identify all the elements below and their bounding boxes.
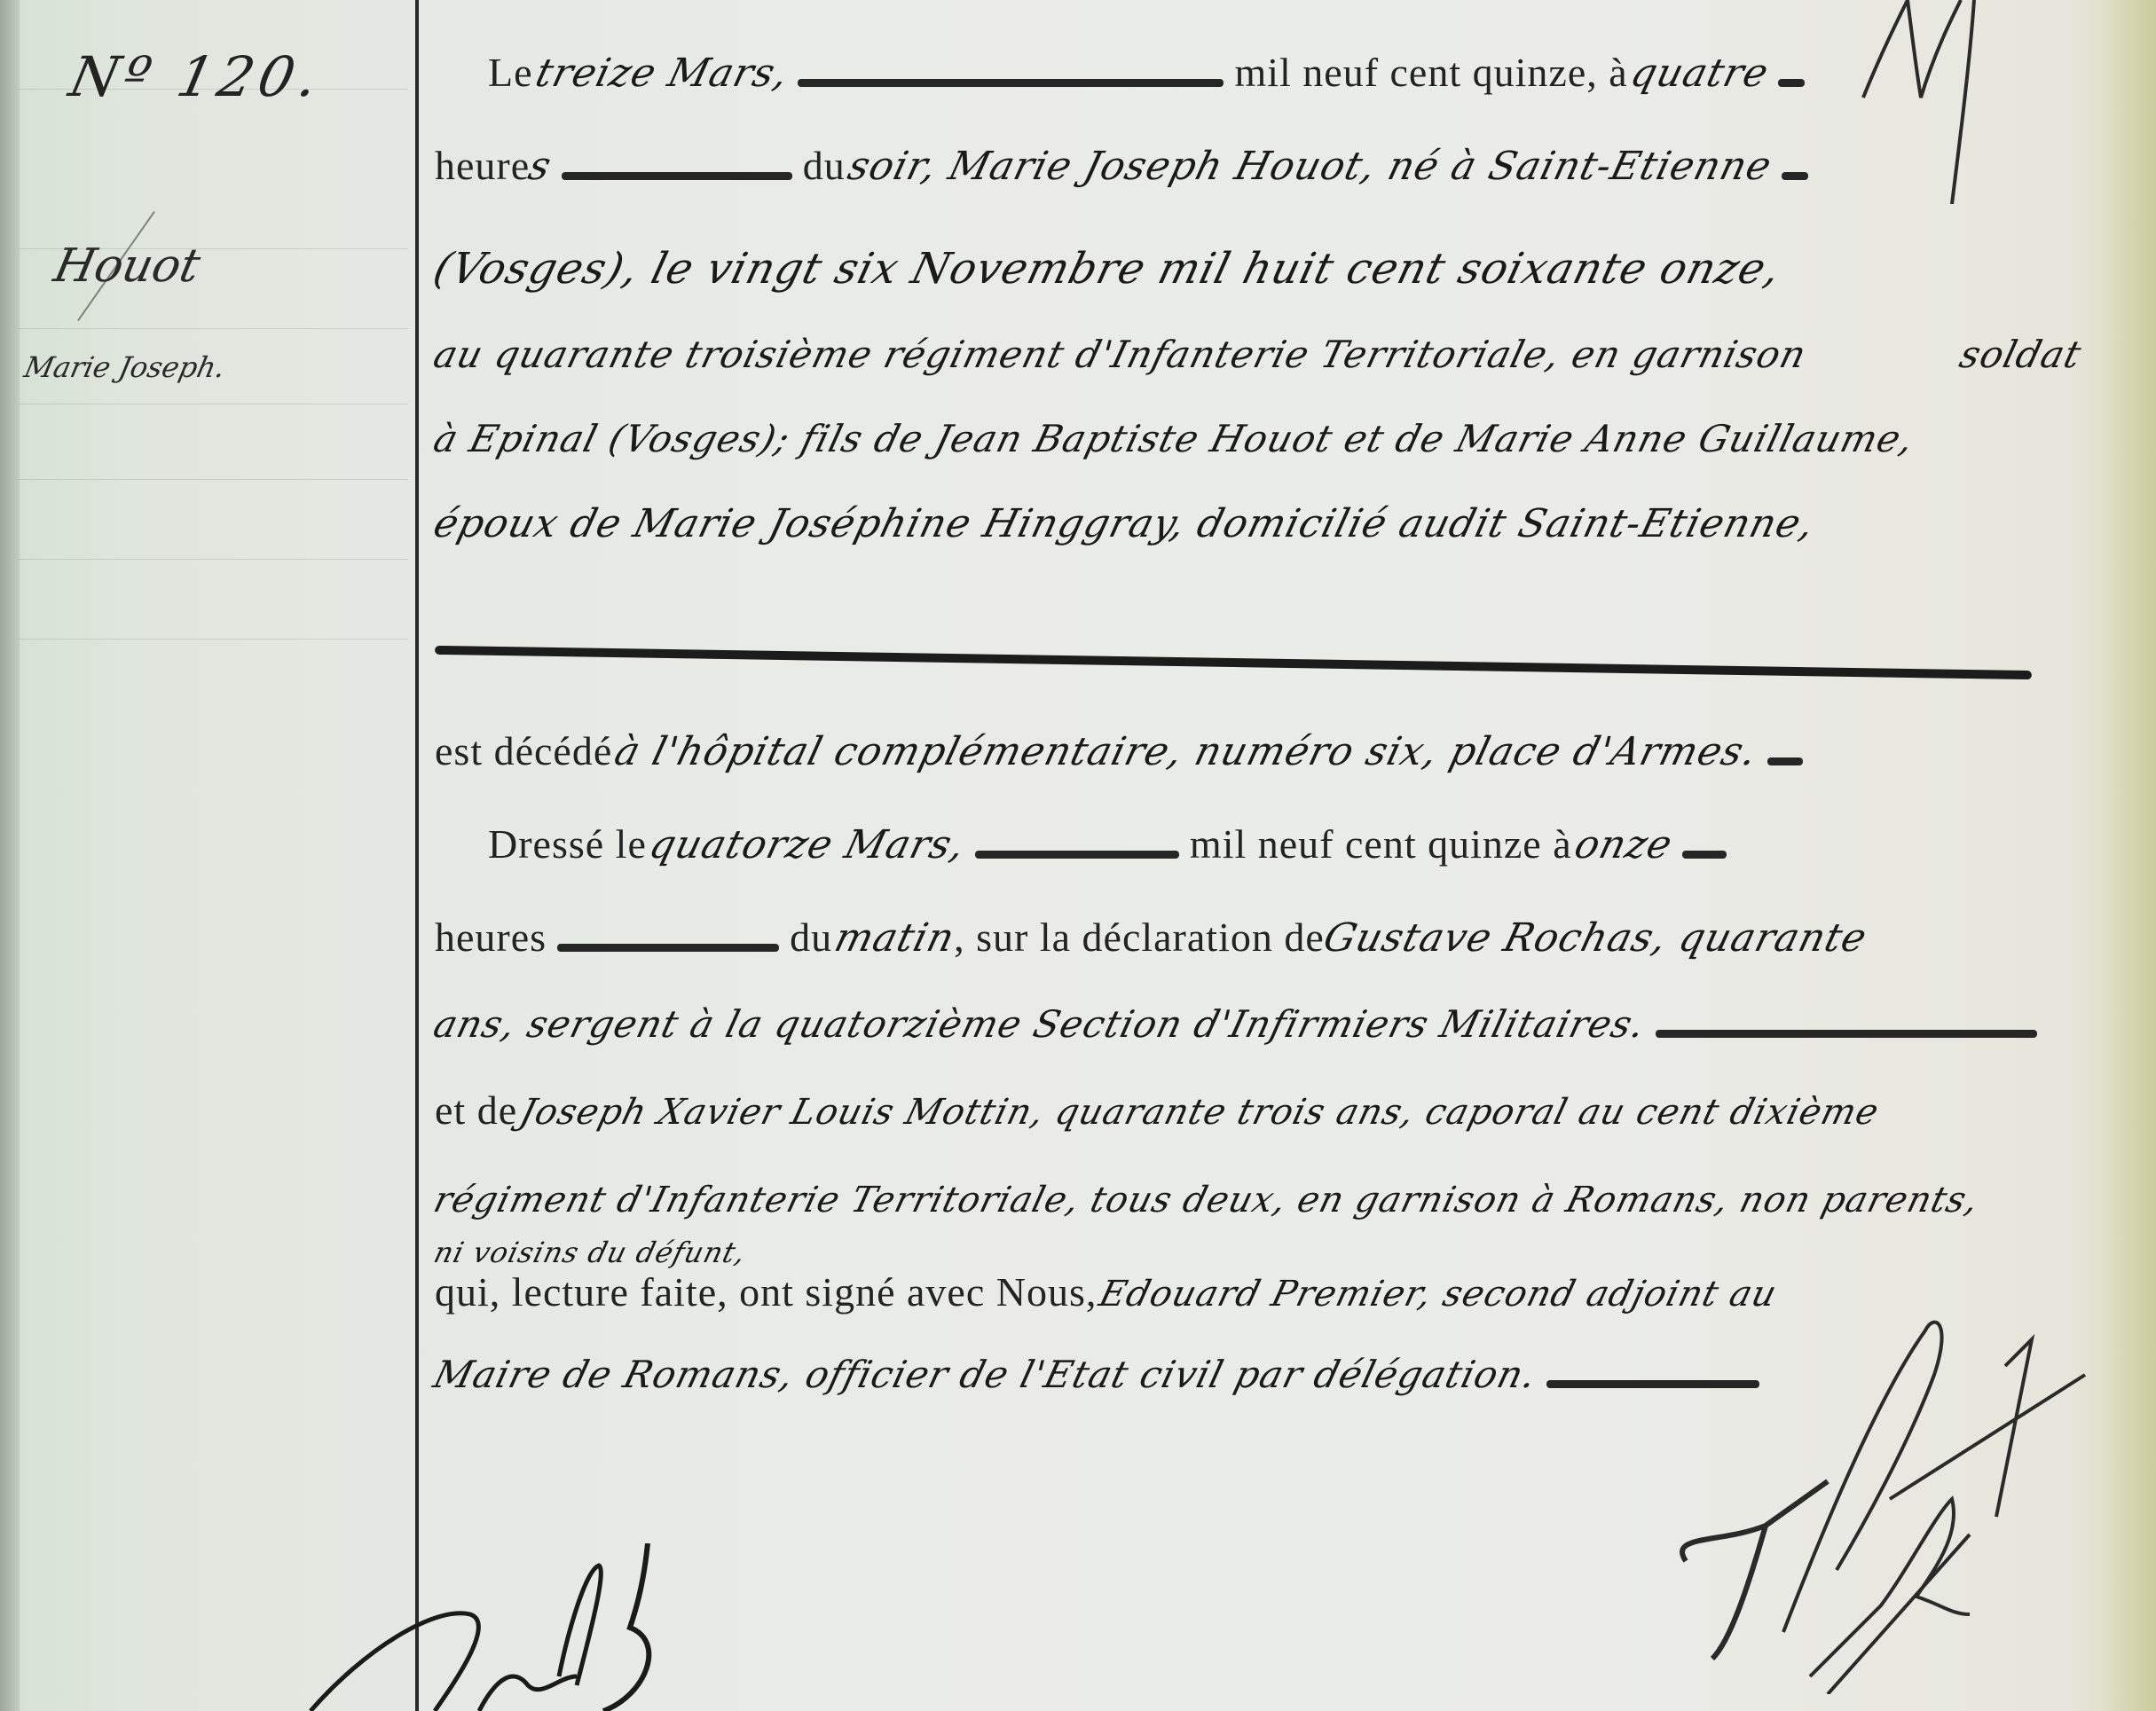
declarant-1: Gustave Rochas, quarante [1318,915,1871,961]
printed-du-2: du [790,914,832,960]
fill-dash [975,851,1179,859]
record-line-11: et de Joseph Xavier Louis Mottin, quaran… [435,1087,1878,1158]
record-line-13: qui, lecture faite, ont signé avec Nous,… [435,1268,1776,1339]
fill-dash [1682,851,1727,859]
record-line-7: est décédé à l'hôpital complémentaire, n… [435,727,1810,798]
officer-title: Maire de Romans, officier de l'Etat civi… [429,1353,1541,1396]
record-line-1: Le treize Mars, mil neuf cent quinze, à … [488,49,1812,120]
regiment-details: au quarante troisième régiment d'Infante… [429,333,1811,376]
not-related-note: ni voisins du défunt, [430,1236,750,1269]
record-line-9: heures du matin, sur la déclaration deGu… [435,914,1866,985]
ledger-line [18,404,408,404]
record-date: quatorze Mars, [645,822,971,867]
section-rule [435,646,2032,679]
signature-officer-icon [1650,1304,2112,1694]
record-line-14: Maire de Romans, officier de l'Etat civi… [435,1353,1767,1424]
record-line-3: (Vosges), le vingt six Novembre mil huit… [435,244,1780,315]
ledger-line [18,479,408,480]
spouse-domicile: époux de Marie Joséphine Hinggray, domic… [429,501,1820,546]
fill-dash [798,79,1224,87]
declarant-2: Joseph Xavier Louis Mottin, quarante tro… [515,1092,1883,1133]
record-line-10: ans, sergent à la quatorzième Section d'… [435,1002,2044,1073]
death-hour: quatre [1625,51,1773,96]
printed-year-2: mil neuf cent quinze à [1190,821,1572,867]
printed-le: Le [488,50,533,95]
deceased-name-birthplace: soir, Marie Joseph Houot, né à Saint-Eti… [843,144,1776,189]
page-binding-edge [0,0,20,1711]
fill-dash [1782,172,1808,180]
record-time-of-day: matin [830,915,960,961]
record-line-6: époux de Marie Joséphine Hinggray, domic… [435,501,1814,572]
printed-heures: heures [435,914,547,960]
printed-est-decede: est décédé [435,728,612,773]
declarant-2-details: régiment d'Infanterie Territoriale, tous… [429,1180,1983,1220]
record-line-8: Dressé le quatorze Mars, mil neuf cent q… [488,820,1734,891]
printed-du: du [803,143,846,188]
margin-surname: Houot [50,239,205,293]
fill-dash [562,172,792,180]
record-hour: onze [1570,822,1677,867]
record-line-5: à Epinal (Vosges); fils de Jean Baptiste… [435,417,1913,488]
record-line-4: au quarante troisième régiment d'Infante… [435,333,1806,404]
ledger-line [18,559,408,560]
printed-dresse-le: Dressé le [488,821,647,867]
soldier-rank: soldat [1955,333,2086,376]
death-date: treize Mars, [531,51,793,96]
printed-year: mil neuf cent quinze, à [1234,50,1627,95]
printed-heure: heure [435,143,530,188]
parents: à Epinal (Vosges); fils de Jean Baptiste… [429,417,1919,460]
entry-number: Nº 120. [64,44,329,109]
fill-dash [1767,757,1803,765]
corner-n-mark-icon [1845,0,2005,204]
printed-et-de: et de [435,1087,517,1133]
ledger-line [18,328,408,329]
margin-rule [415,0,419,1711]
ledger-line [18,639,408,640]
record-line-4b: soldat [1961,333,2081,404]
printed-signature-clause: qui, lecture faite, ont signé avec Nous, [435,1269,1097,1315]
declarant-1-details: ans, sergent à la quatorzième Section d'… [429,1002,1650,1046]
printed-declaration: , sur la déclaration de [954,914,1325,960]
signature-rochas-icon [293,1543,736,1711]
place-of-death: à l'hôpital complémentaire, numéro six, … [610,729,1762,774]
fill-dash [1778,79,1805,87]
fill-dash [557,944,779,952]
fill-dash [1656,1030,2037,1038]
birth-details: (Vosges), le vingt six Novembre mil huit… [429,244,1786,294]
record-line-2: heures du soir, Marie Joseph Houot, né à… [435,142,1815,213]
margin-given-names: Marie Joseph. [21,350,228,384]
